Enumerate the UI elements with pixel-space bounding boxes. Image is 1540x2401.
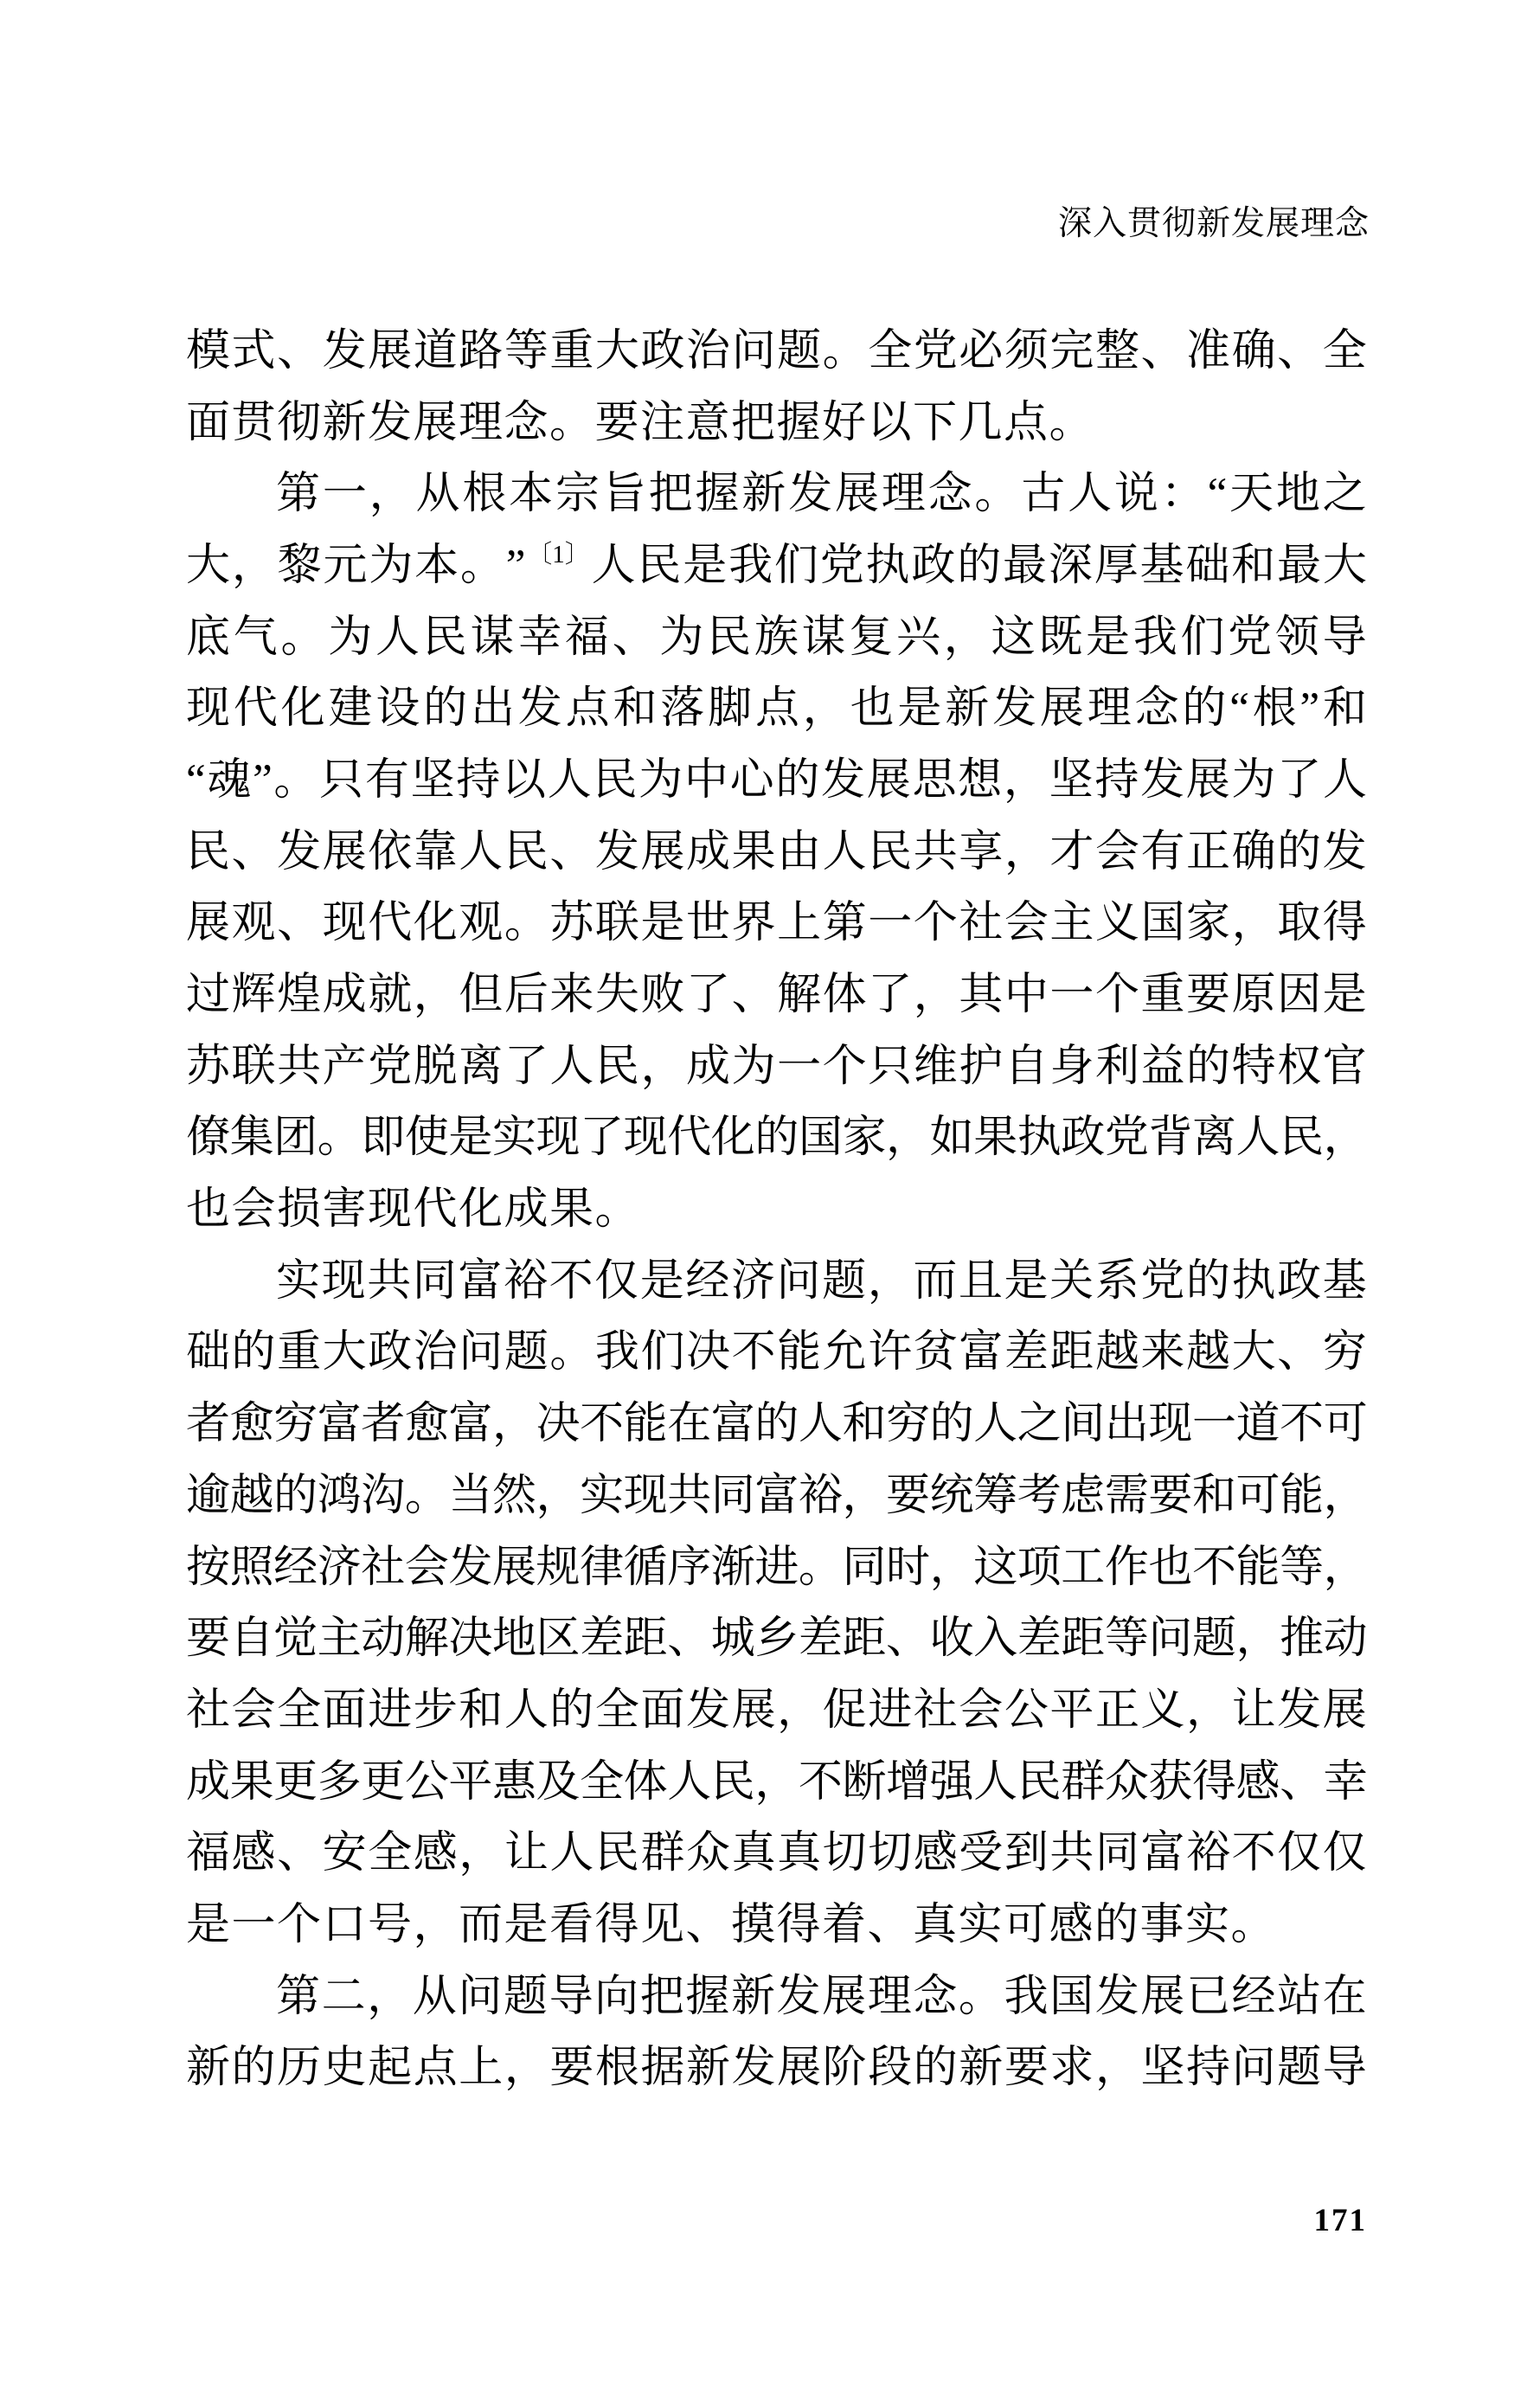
text-line: 展观、现代化观。苏联是世界上第一个社会主义国家，取得 [186, 889, 1367, 960]
text-line: 苏联共产党脱离了人民，成为一个只维护自身利益的特权官 [186, 1031, 1367, 1103]
text-line paragraph-start: 第一，从根本宗旨把握新发展理念。古人说：“天地之 [186, 459, 1367, 530]
text-line: 民、发展依靠人民、发展成果由人民共享，才会有正确的发 [186, 817, 1367, 889]
text-line: 成果更多更公平惠及全体人民，不断增强人民群众获得感、幸 [186, 1747, 1367, 1819]
text-line: “魂”。只有坚持以人民为中心的发展思想，坚持发展为了人 [186, 745, 1367, 817]
text-line: 逾越的鸿沟。当然，实现共同富裕，要统筹考虑需要和可能， [186, 1461, 1367, 1532]
text-line: 面贯彻新发展理念。要注意把握好以下几点。 [186, 388, 1367, 459]
text-line: 社会全面进步和人的全面发展，促进社会公平正义，让发展 [186, 1675, 1367, 1747]
footnote-marker: 〔1〕 [527, 542, 590, 568]
text-line: 底气。为人民谋幸福、为民族谋复兴，这既是我们党领导 [186, 602, 1367, 674]
text-line: 模式、发展道路等重大政治问题。全党必须完整、准确、全 [186, 316, 1367, 388]
text-line: 要自觉主动解决地区差距、城乡差距、收入差距等问题，推动 [186, 1603, 1367, 1675]
text-line: 福感、安全感，让人民群众真真切切感受到共同富裕不仅仅 [186, 1818, 1367, 1890]
text-line: 过辉煌成就，但后来失败了、解体了，其中一个重要原因是 [186, 960, 1367, 1031]
text-line paragraph-start: 第二，从问题导向把握新发展理念。我国发展已经站在 [186, 1961, 1367, 2033]
page-number: 171 [1314, 2204, 1368, 2238]
text-line paragraph-end: 也会损害现代化成果。 [186, 1174, 1367, 1246]
text-line: 按照经济社会发展规律循序渐进。同时，这项工作也不能等， [186, 1532, 1367, 1604]
running-header: 深入贯彻新发展理念 [189, 205, 1370, 243]
body-text: 模式、发展道路等重大政治问题。全党必须完整、准确、全 面贯彻新发展理念。要注意把… [186, 316, 1367, 2104]
text-line: 僚集团。即使是实现了现代化的国家，如果执政党背离人民， [186, 1103, 1367, 1175]
book-page: 深入贯彻新发展理念 模式、发展道路等重大政治问题。全党必须完整、准确、全 面贯彻… [0, 0, 1540, 2401]
text-line-with-footnote-marker: 大，黎元为本。” 〔1〕 人民是我们党执政的最深厚基础和最大 [186, 530, 1367, 602]
text-line: 础的重大政治问题。我们决不能允许贫富差距越来越大、穷 [186, 1318, 1367, 1390]
text-line: 现代化建设的出发点和落脚点，也是新发展理念的“根”和 [186, 673, 1367, 745]
text-line: 新的历史起点上，要根据新发展阶段的新要求，坚持问题导 [186, 2033, 1367, 2105]
text-line paragraph-end: 是一个口号，而是看得见、摸得着、真实可感的事实。 [186, 1890, 1367, 1961]
text-line paragraph-start: 实现共同富裕不仅是经济问题，而且是关系党的执政基 [186, 1246, 1367, 1318]
text-line: 者愈穷富者愈富，决不能在富的人和穷的人之间出现一道不可 [186, 1389, 1367, 1461]
